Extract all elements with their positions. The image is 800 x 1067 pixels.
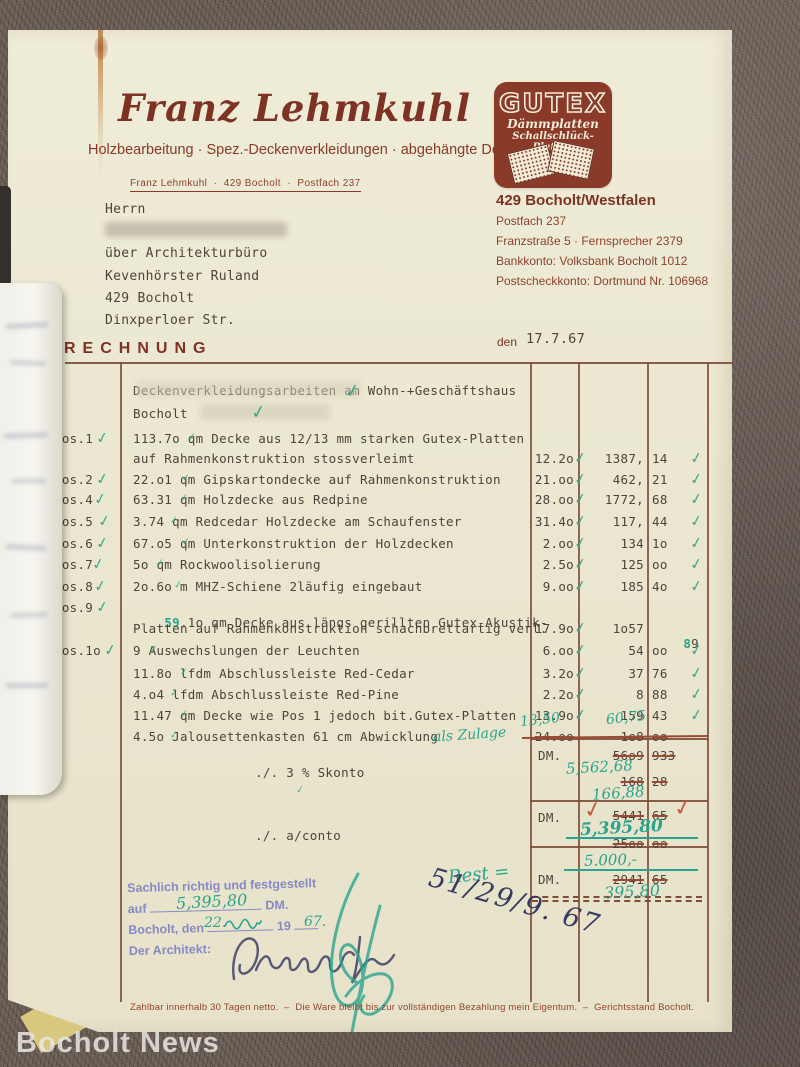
- gutex-sub-text1: Dämmplatten: [494, 117, 612, 131]
- item-amount-pf: 4o: [652, 579, 668, 594]
- checkmark-icon: [689, 705, 705, 725]
- item-amount-dm: 462,: [580, 472, 644, 487]
- tick-icon: [179, 492, 189, 504]
- photo-watermark: Bocholt News: [16, 1027, 220, 1060]
- recipient-salutation: Herrn: [105, 202, 146, 217]
- tick-icon: [181, 472, 191, 484]
- currency-label: DM.: [538, 810, 561, 825]
- item-line: 11.47 qm Decke wie Pos 1 jedoch bit.Gute…: [133, 708, 516, 723]
- contact-line: Franzstraße 5 · Fernsprecher 2379: [496, 234, 683, 248]
- checkmark-icon: [689, 663, 705, 683]
- item-price: 21.oo: [526, 472, 574, 487]
- currency-label: DM.: [538, 748, 561, 763]
- corrected-price: 13,50: [519, 710, 561, 730]
- stamp-dm: DM.: [265, 898, 288, 913]
- checkmark-icon: [689, 448, 705, 468]
- redaction-smudge: [136, 381, 361, 397]
- tick-icon: [181, 536, 191, 548]
- checkmark-icon: [689, 684, 705, 704]
- item-price: 2.oo: [526, 536, 574, 551]
- item-price: 28.oo: [526, 492, 574, 507]
- recipient-line: Kevenhörster Ruland: [105, 269, 259, 284]
- teal-underline: [564, 869, 698, 871]
- second-signature: [296, 868, 441, 1040]
- checkmark-icon: [93, 489, 109, 509]
- item-amount-dm: 54: [580, 643, 644, 658]
- stamp-city-date: Bocholt, den: [128, 921, 204, 937]
- tick-icon: [187, 431, 197, 443]
- checkmark-icon: [95, 428, 111, 448]
- contact-line: Postscheckkonto: Dortmund Nr. 106968: [496, 274, 708, 288]
- item-amount-dm: 125: [580, 557, 644, 572]
- item-amount-pf: 14: [652, 451, 668, 466]
- recipient-line: über Architekturbüro: [105, 246, 268, 261]
- checkmark-icon: [97, 511, 113, 531]
- total-struck: 28: [652, 774, 668, 789]
- item-price: 3.2o: [526, 666, 574, 681]
- item-amount-pf: 88: [652, 687, 668, 702]
- stamp-amount-handwritten: 5,395,80: [176, 890, 248, 913]
- tick-icon: [169, 729, 179, 741]
- item-price: 31.4o: [526, 514, 574, 529]
- tick-icon: [179, 708, 189, 720]
- item-price: 6.oo: [526, 643, 574, 658]
- tick-icon: [169, 687, 179, 699]
- item-price: 9.oo: [526, 579, 574, 594]
- rust-stain-blob: [94, 36, 108, 60]
- tick-icon: [149, 643, 159, 655]
- item-line: auf Rahmenkonstruktion stossverleimt: [133, 451, 415, 466]
- item-price: 2.5o: [526, 557, 574, 572]
- rest-corrected: 395,80: [604, 881, 661, 903]
- item-price: 17.9o: [526, 621, 574, 636]
- item-amount-dm: 8: [580, 687, 644, 702]
- recipient-line: 429 Bocholt: [105, 291, 194, 306]
- gutex-brand-text: GUTEX: [494, 89, 612, 119]
- tick-icon: [295, 784, 305, 796]
- item-price: 2.2o: [526, 687, 574, 702]
- checkmark-icon: [91, 554, 107, 574]
- overlapping-sheet: [0, 283, 62, 795]
- item-amount-dm: 1387,: [580, 451, 644, 466]
- item-amount-dm: 134: [580, 536, 644, 551]
- stamp-date-handwritten: 22.: [204, 915, 226, 931]
- contact-line: Postfach 237: [496, 214, 566, 228]
- tick-icon: [155, 557, 165, 569]
- document-title: RECHNUNG: [64, 340, 212, 358]
- redacted-name: [105, 222, 287, 237]
- currency-label: DM.: [538, 872, 561, 887]
- item-amount-dm: 37: [580, 666, 644, 681]
- stamp-auf: auf: [128, 902, 147, 916]
- item-line: 3.74 qm Redcedar Holzdecke am Schaufenst…: [133, 514, 462, 529]
- foreground-object: [0, 186, 11, 286]
- contact-city: 429 Bocholt/Westfalen: [496, 192, 656, 209]
- checkmark-icon: [689, 469, 705, 489]
- checkmark-icon: [95, 533, 111, 553]
- checkmark-icon: [689, 511, 705, 531]
- item-amount-pf: oo: [652, 643, 668, 658]
- aconto-corrected: 5.000,-: [584, 850, 637, 870]
- invoice-paper: Franz Lehmkuhl Holzbearbeitung · Spez.-D…: [8, 30, 732, 1032]
- item-amount-pf: 44: [652, 514, 668, 529]
- tick-icon: [173, 579, 183, 591]
- company-script-name: Franz Lehmkuhl: [118, 86, 471, 130]
- date-label: den: [497, 335, 517, 349]
- item-amount-pf: oo: [652, 557, 668, 572]
- item-line: 11.8o lfdm Abschlussleiste Red-Cedar: [133, 666, 415, 681]
- checkmark-icon: [689, 554, 705, 574]
- checkmark-icon: [689, 533, 705, 553]
- checkmark-icon: [95, 597, 111, 617]
- skonto-line: ./. 3 % Skonto: [255, 765, 365, 780]
- contact-line: Bankkonto: Volksbank Bocholt 1012: [496, 254, 687, 268]
- checkmark-icon: [689, 489, 705, 509]
- date-value: 17.7.67: [526, 331, 585, 347]
- table-top-rule: [65, 362, 771, 364]
- item-price: 12.2o: [526, 451, 574, 466]
- red-checkmark-icon: [672, 794, 695, 822]
- table-rule: [707, 362, 709, 1002]
- tick-icon: [169, 514, 179, 526]
- corrected-amount: 60,75: [605, 708, 647, 728]
- item-line: 63.31 qm Holzdecke aus Redpine: [133, 492, 368, 507]
- recipient-line: Dinxperloer Str.: [105, 313, 235, 328]
- total-struck: 933: [652, 748, 675, 763]
- item-amount-pf: 1o: [652, 536, 668, 551]
- checkmark-icon: [103, 640, 119, 660]
- sender-ref-line: Franz Lehmkuhl · 429 Bocholt · Postfach …: [130, 178, 361, 192]
- table-rule: [647, 362, 649, 1002]
- item-amount-dm: 185: [580, 579, 644, 594]
- company-tagline: Holzbearbeitung · Spez.-Deckenverkleidun…: [88, 142, 531, 158]
- item-amount-dm: 1o57: [580, 621, 644, 636]
- item-amount-pf: 21: [652, 472, 668, 487]
- item-amount-pf: 68: [652, 492, 668, 507]
- footer-terms: Zahlbar innerhalb 30 Tagen netto. – Die …: [130, 1002, 694, 1013]
- table-rule: [120, 362, 122, 1002]
- item-amount-dm: 1772,: [580, 492, 644, 507]
- checkmark-icon: [93, 576, 109, 596]
- subject-line: Bocholt: [133, 406, 188, 421]
- item-amount-pf: 43: [652, 708, 668, 723]
- aconto-line: ./. a/conto: [255, 828, 341, 843]
- total-struck: oo: [652, 836, 668, 851]
- handwritten-note: als Zulage: [433, 724, 507, 745]
- checkmark-icon: [689, 576, 705, 596]
- item-line: Platten auf Rahmenkonstruktion schachbre…: [133, 621, 548, 636]
- item-line: 9 Auswechslungen der Leuchten: [133, 643, 360, 658]
- checkmark-icon: [689, 640, 705, 660]
- tick-icon: [179, 666, 189, 678]
- total-struck: 25oo: [580, 836, 644, 851]
- item-amount-pf: 76: [652, 666, 668, 681]
- gutex-logo: GUTEX Dämmplatten Schallschlück-Platten: [494, 82, 612, 188]
- checkmark-icon: [95, 469, 111, 489]
- item-amount-dm: 117,: [580, 514, 644, 529]
